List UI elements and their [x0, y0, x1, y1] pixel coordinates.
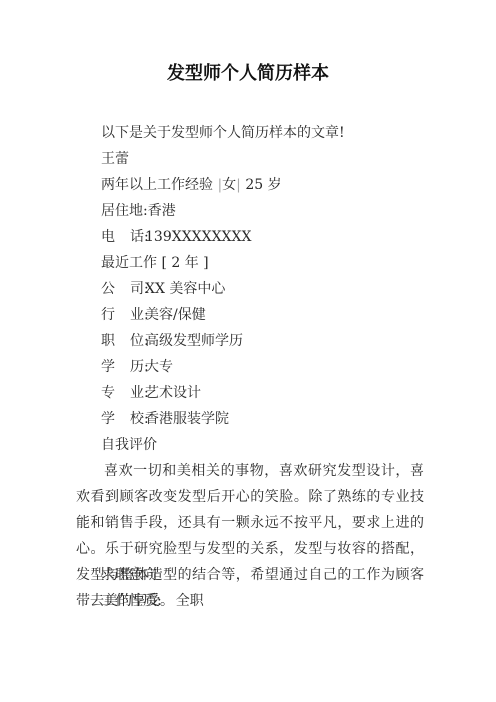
divider: |	[236, 177, 241, 193]
work-type-line: 工作性质:全职	[101, 588, 421, 614]
field-value: 艺术设计	[145, 385, 201, 401]
phone-label: 电话:	[101, 224, 145, 250]
phone-line: 电话:139XXXXXXXX	[101, 224, 431, 250]
residence-label: 居住地:	[101, 203, 148, 219]
label-char: 学	[101, 359, 115, 375]
label-char: 公	[101, 281, 115, 297]
field-value: 香港服装学院	[145, 411, 229, 427]
field-education: 学历:大专	[101, 354, 431, 380]
gender-text: 女	[222, 177, 236, 193]
field-label: 专业:	[101, 380, 145, 406]
field-label: 学校:	[101, 406, 145, 432]
field-label: 公司:	[101, 276, 145, 302]
summary-line: 两年以上工作经验 |女| 25 岁	[101, 172, 431, 198]
document-page: 发型师个人简历样本 以下是关于发型师个人简历样本的文章! 王蕾 两年以上工作经验…	[0, 0, 496, 702]
label-char: 专	[101, 385, 115, 401]
field-label: 职位:	[101, 328, 145, 354]
field-label: 行业:	[101, 302, 145, 328]
residence-line: 居住地:香港	[101, 198, 431, 224]
document-title: 发型师个人简历样本	[0, 61, 496, 87]
field-position: 职位:高级发型师学历	[101, 328, 431, 354]
intro-text: 以下是关于发型师个人简历样本的文章!	[101, 120, 431, 146]
profile-section: 以下是关于发型师个人简历样本的文章! 王蕾 两年以上工作经验 |女| 25 岁 …	[101, 120, 431, 458]
field-school: 学校:香港服装学院	[101, 406, 431, 432]
candidate-name: 王蕾	[101, 146, 431, 172]
phone-value: 139XXXXXXXX	[145, 229, 251, 245]
field-value: 高级发型师学历	[145, 333, 243, 349]
work-type-label: 工作性质:	[101, 593, 162, 609]
job-intent-heading: 求职意向	[101, 562, 421, 588]
field-value: 大专	[145, 359, 173, 375]
label-char: 行	[101, 307, 115, 323]
field-company: 公司:XX 美容中心	[101, 276, 431, 302]
age-text: 25 岁	[245, 177, 281, 193]
label-char: 学	[101, 411, 115, 427]
field-industry: 行业:美容/保健	[101, 302, 431, 328]
experience-text: 两年以上工作经验	[101, 177, 213, 193]
field-value: XX 美容中心	[145, 281, 225, 297]
label-char: 职	[101, 333, 115, 349]
self-evaluation-heading: 自我评价	[101, 432, 431, 458]
residence-value: 香港	[148, 203, 176, 219]
work-type-value: 全职	[176, 593, 204, 609]
field-major: 专业:艺术设计	[101, 380, 431, 406]
job-intent-section: 求职意向 工作性质:全职	[101, 562, 421, 614]
recent-work-line: 最近工作 [ 2 年 ]	[101, 250, 431, 276]
field-value: 美容/保健	[145, 307, 206, 323]
label-char: 电	[101, 229, 115, 245]
field-label: 学历:	[101, 354, 145, 380]
